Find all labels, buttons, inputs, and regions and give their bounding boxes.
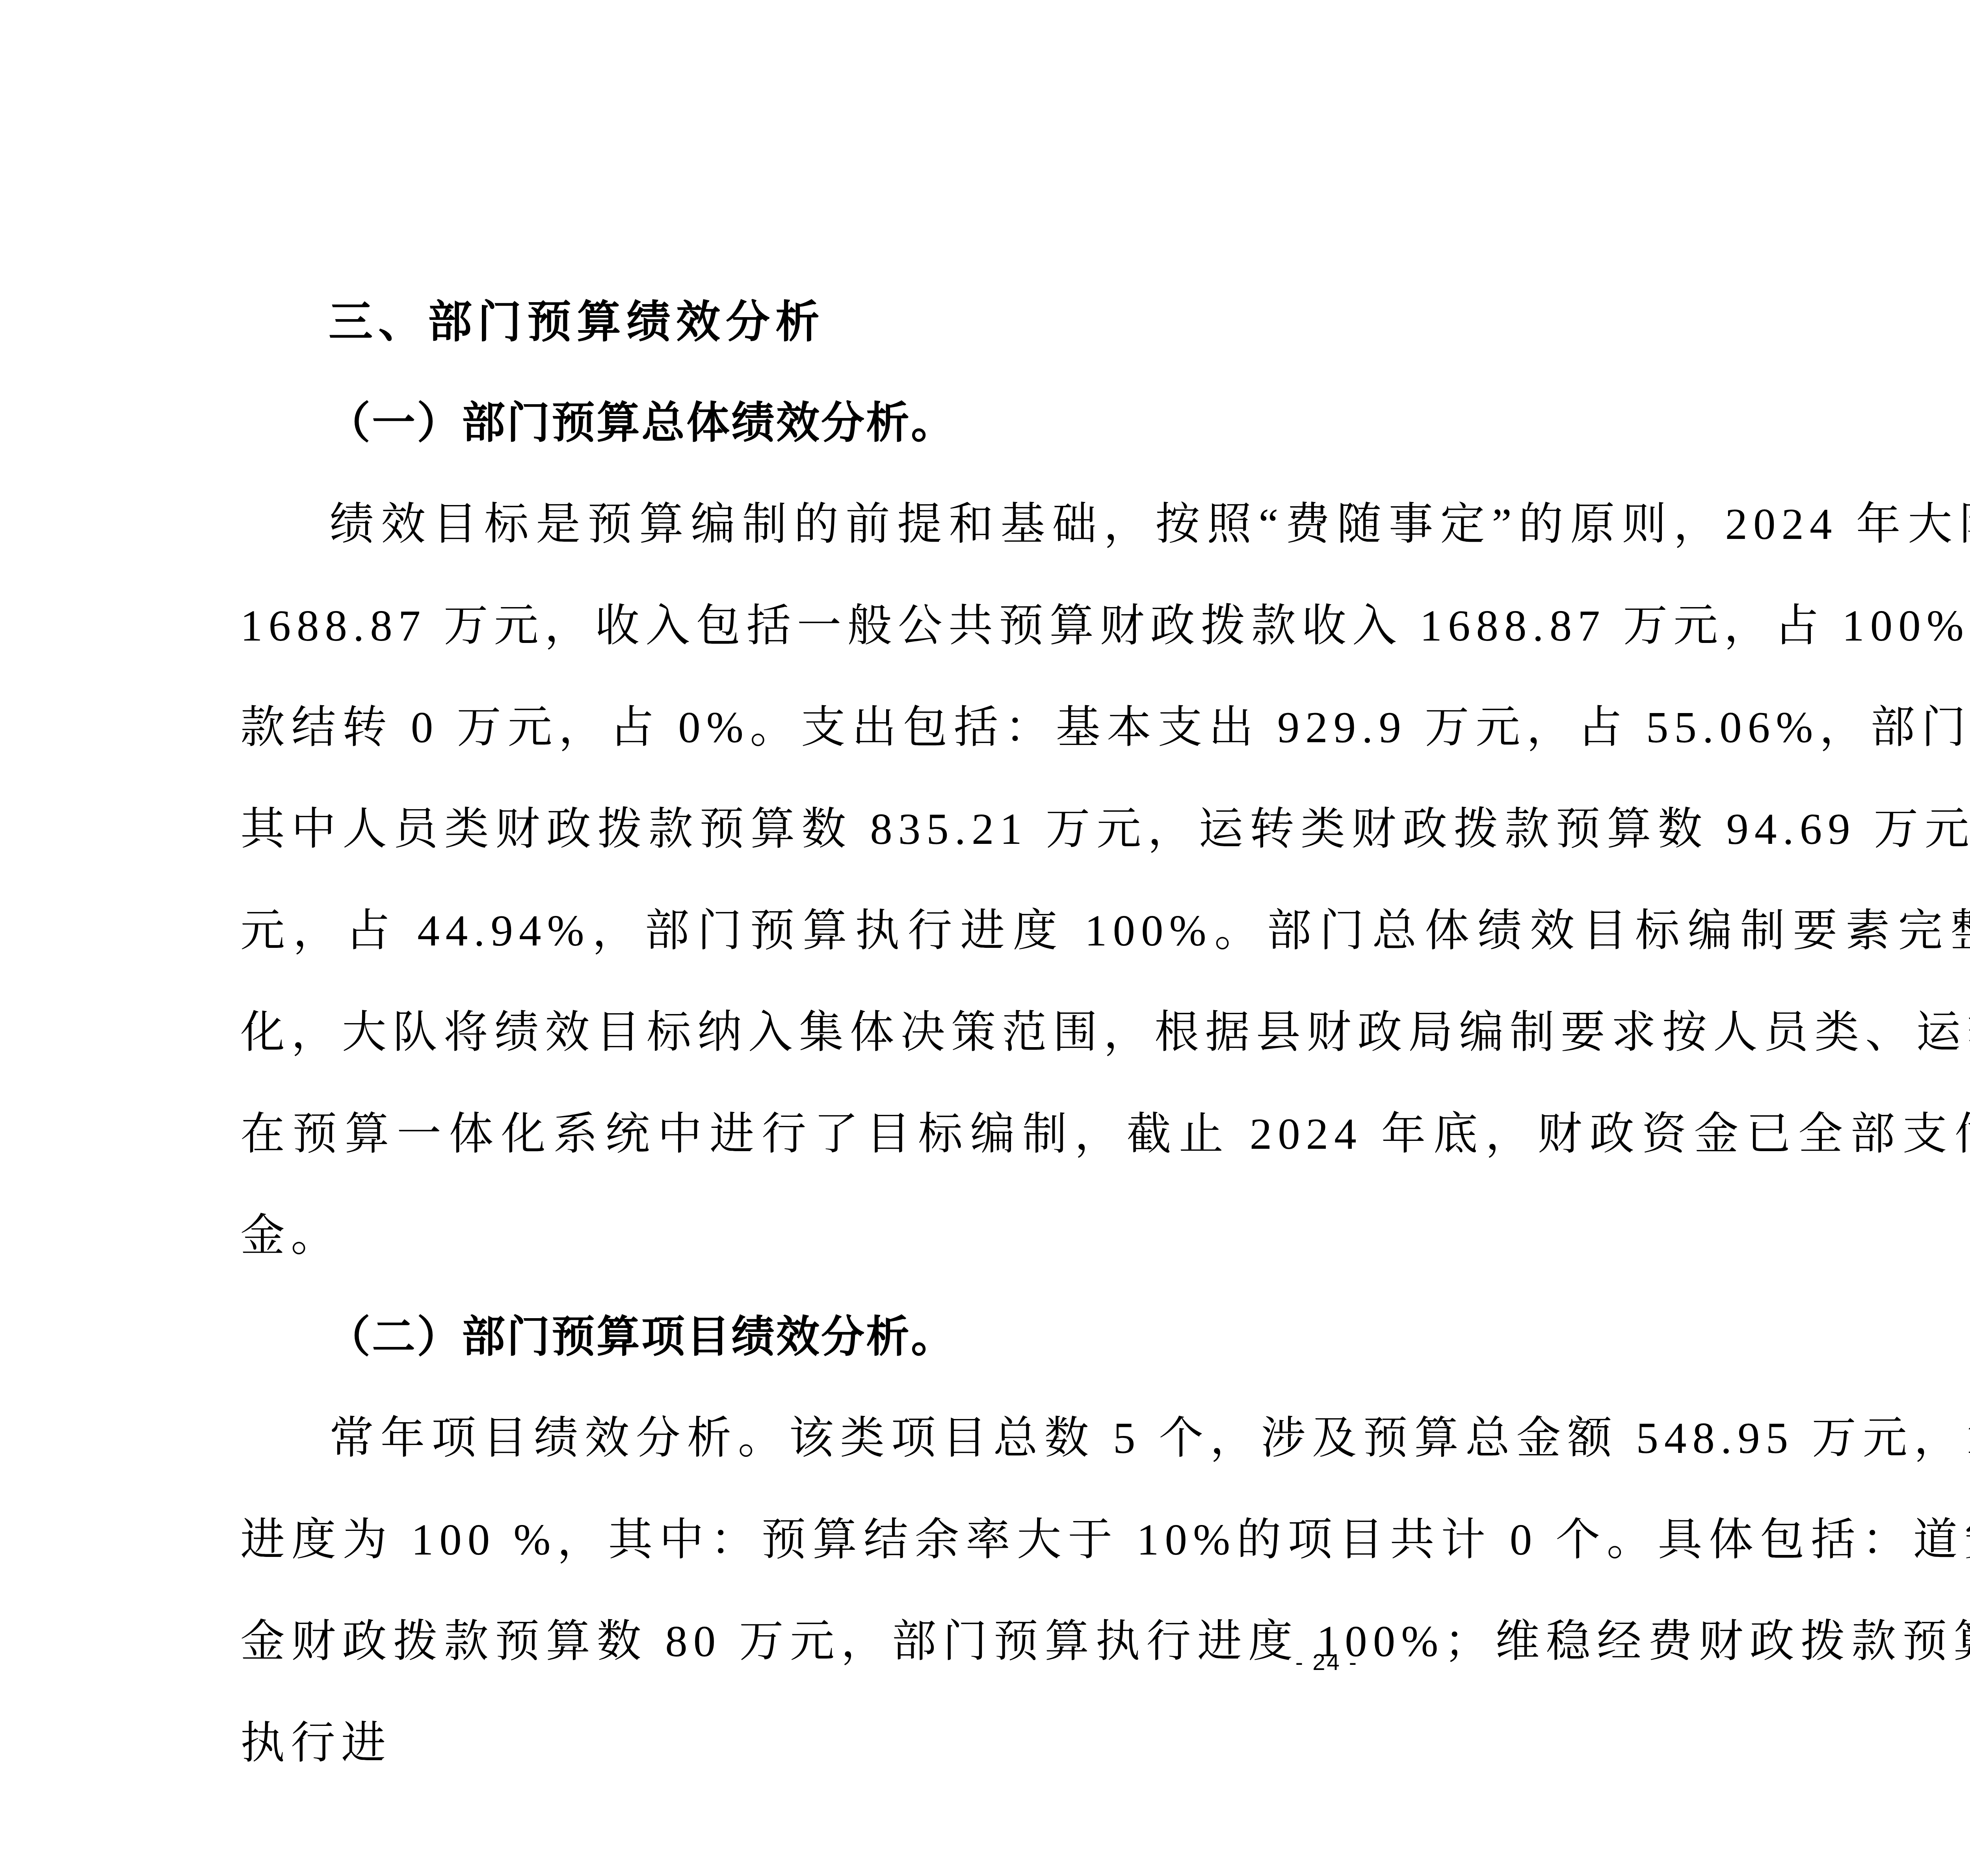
- subsection-1-paragraph: 绩效目标是预算编制的前提和基础，按照“费随事定”的原则，2024 年大队财政拨款…: [240, 474, 1970, 1287]
- section-title: 三、部门预算绩效分析: [240, 272, 1970, 373]
- page-number: - 24 -: [0, 1641, 1970, 1684]
- document-page: 三、部门预算绩效分析 （一）部门预算总体绩效分析。 绩效目标是预算编制的前提和基…: [0, 0, 1970, 1876]
- subsection-2-heading: （二）部门预算项目绩效分析。: [240, 1287, 1970, 1387]
- document-content: 三、部门预算绩效分析 （一）部门预算总体绩效分析。 绩效目标是预算编制的前提和基…: [240, 272, 1970, 1794]
- subsection-1-heading: （一）部门预算总体绩效分析。: [240, 373, 1970, 474]
- subsection-2-paragraph: 常年项目绩效分析。该类项目总数 5 个，涉及预算总金额 548.95 万元，1—…: [240, 1387, 1970, 1794]
